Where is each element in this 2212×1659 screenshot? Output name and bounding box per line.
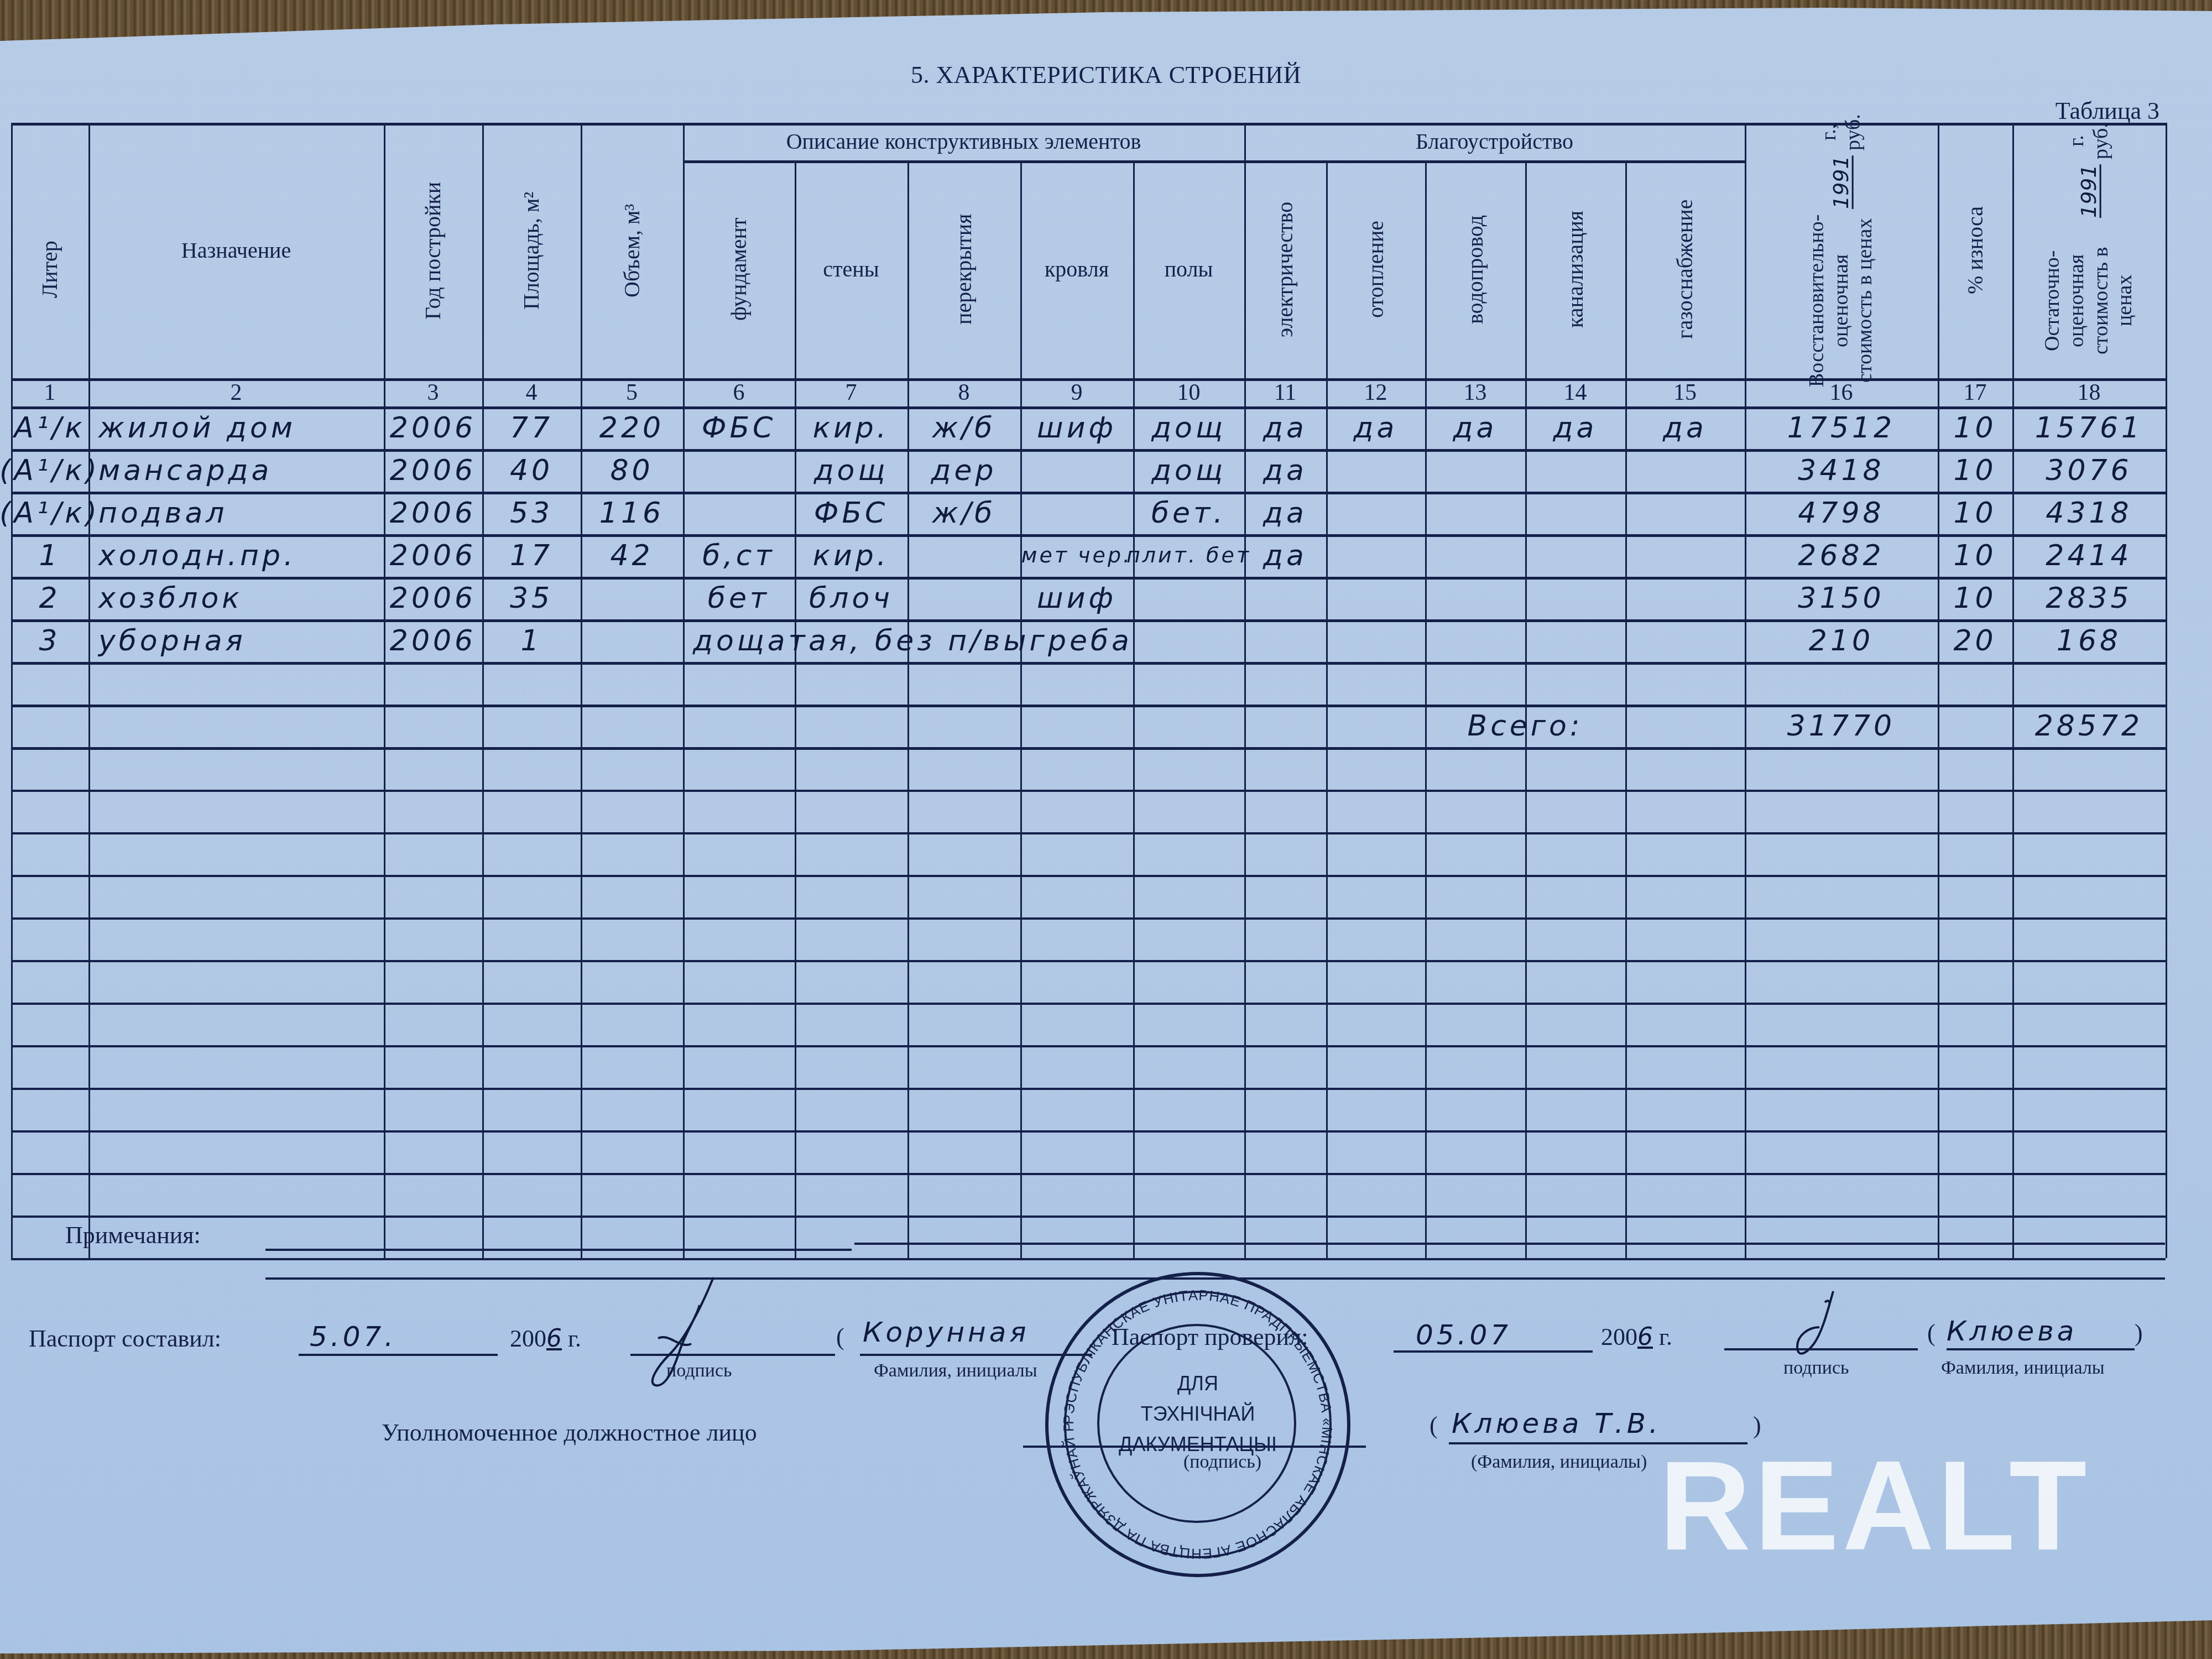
col-header-restoration-cost: Восстановительно-оценочная стоимость в ц… <box>1745 123 1938 378</box>
cell-area: 77 <box>482 406 581 449</box>
col-header-wear: % износа <box>1938 123 2012 378</box>
checked-name-line <box>1947 1348 2135 1350</box>
grid-hline <box>11 1215 2166 1218</box>
column-number: 17 <box>1938 378 2012 406</box>
cell-water <box>1425 449 1525 492</box>
cell-restoration-cost: 17512 <box>1745 406 1938 449</box>
cell-residual-cost: 4318 <box>2012 492 2166 534</box>
cell-floors-slab: дер <box>907 449 1020 492</box>
cell-sewage <box>1525 534 1625 577</box>
grid-hline <box>11 1003 2166 1005</box>
cell-area: 40 <box>482 449 581 492</box>
cell-volume <box>581 619 683 662</box>
compiled-label: Паспорт составил: <box>29 1324 221 1353</box>
checked-name-caption: Фамилия, инициалы <box>1941 1358 2105 1379</box>
cell-water: да <box>1425 406 1525 449</box>
cell-roof: шиф <box>1020 577 1133 619</box>
cell-liter: А¹/к <box>11 406 88 449</box>
cell-span-description: дощатая, без п/выгреба <box>683 619 1755 662</box>
cell-purpose: мансарда <box>88 449 394 492</box>
cell-purpose: уборная <box>88 619 394 662</box>
cell-walls: блоч <box>795 577 907 619</box>
cell-roof <box>1020 449 1133 492</box>
column-number: 18 <box>2012 378 2166 406</box>
cell-area: 1 <box>482 619 581 662</box>
col-header-walls: стены <box>795 160 907 378</box>
cell-volume: 42 <box>581 534 683 577</box>
cell-heating <box>1326 534 1425 577</box>
column-number: 6 <box>683 378 795 406</box>
column-number: 11 <box>1244 378 1326 406</box>
cell-volume: 80 <box>581 449 683 492</box>
col-header-electricity: электричество <box>1244 160 1326 378</box>
cell-heating: да <box>1326 406 1425 449</box>
col-header-volume: Объем, м³ <box>581 123 683 378</box>
compiled-signature-caption: подпись <box>666 1360 732 1381</box>
group-header-amenities: Благоустройство <box>1244 123 1745 160</box>
cell-year: 2006 <box>384 492 482 534</box>
cell-area: 17 <box>482 534 581 577</box>
cell-foundation: б,ст <box>683 534 795 577</box>
cell-purpose: подвал <box>88 492 394 534</box>
column-number: 4 <box>482 378 581 406</box>
checked-date: 05.07 <box>1416 1319 1511 1351</box>
col-header-water: водопровод <box>1425 160 1525 378</box>
cell-restoration-cost: 210 <box>1745 619 1938 662</box>
cell-floors-slab: ж/б <box>907 492 1020 534</box>
column-number: 2 <box>88 378 384 406</box>
cell-year: 2006 <box>384 577 482 619</box>
authorized-label: Уполномоченное должностное лицо <box>382 1418 757 1447</box>
col-header-sewage: канализация <box>1525 160 1625 378</box>
cell-liter: (А¹/к) <box>11 492 88 534</box>
cell-sewage: да <box>1525 406 1625 449</box>
cell-wear-pct: 10 <box>1938 449 2012 492</box>
document-title: 5. ХАРАКТЕРИСТИКА СТРОЕНИЙ <box>0 61 2212 89</box>
cell-electricity: да <box>1244 449 1326 492</box>
column-number: 12 <box>1326 378 1425 406</box>
cell-floor <box>1133 577 1244 619</box>
cell-floors-slab <box>907 534 1020 577</box>
col-header-slabs: перекрытия <box>907 160 1020 378</box>
cell-roof: мет чер. <box>1020 534 1133 577</box>
grid-hline <box>11 1130 2166 1133</box>
official-stamp: РЭСПУБЛІКАНСКАЕ УНІТАРНАЕ ПРАДПРЫЕМСТВА … <box>1045 1272 1350 1577</box>
column-number: 9 <box>1020 378 1133 406</box>
col-header-roof: кровля <box>1020 160 1133 378</box>
col-header-year: Год постройки <box>384 123 482 378</box>
grid-hline <box>11 917 2166 920</box>
cell-foundation: ФБС <box>683 406 795 449</box>
total-restoration-cost: 31770 <box>1745 705 1938 747</box>
column-number: 10 <box>1133 378 1244 406</box>
notes-line-1b[interactable] <box>854 1243 2165 1245</box>
stamp-line-2: ТЭХНІЧНАЙ <box>1048 1402 1347 1426</box>
cell-heating <box>1326 492 1425 534</box>
cell-electricity: да <box>1244 492 1326 534</box>
col-header-heating: отопление <box>1326 160 1425 378</box>
compiled-paren-open: ( <box>836 1323 844 1351</box>
cell-walls: кир. <box>795 534 907 577</box>
cell-wear-pct: 20 <box>1938 619 2012 662</box>
compiled-year: 2006 г. <box>510 1324 581 1353</box>
cell-gas <box>1625 492 1745 534</box>
cell-wear-pct: 10 <box>1938 534 2012 577</box>
col-header-foundation: фундамент <box>683 160 795 378</box>
cell-year: 2006 <box>384 406 482 449</box>
cell-floor: плит. бет <box>1133 534 1244 577</box>
cell-wear-pct: 10 <box>1938 492 2012 534</box>
grid-hline <box>11 832 2166 834</box>
cell-year: 2006 <box>384 534 482 577</box>
cell-restoration-cost: 2682 <box>1745 534 1938 577</box>
cell-walls: ФБС <box>795 492 907 534</box>
grid-hline <box>11 790 2166 792</box>
grid-vline <box>2166 123 2167 1258</box>
cell-floor: дощ <box>1133 449 1244 492</box>
col-header-floors: полы <box>1133 160 1244 378</box>
cell-restoration-cost: 4798 <box>1745 492 1938 534</box>
cell-electricity <box>1244 577 1326 619</box>
cell-electricity: да <box>1244 534 1326 577</box>
cell-liter: (А¹/к) <box>11 449 88 492</box>
group-header-construction: Описание конструктивных элементов <box>683 123 1244 160</box>
table-number-label: Таблица 3 <box>2056 97 2159 125</box>
cell-residual-cost: 3076 <box>2012 449 2166 492</box>
cell-heating <box>1326 577 1425 619</box>
cell-restoration-cost: 3150 <box>1745 577 1938 619</box>
stamp-line-1: ДЛЯ <box>1048 1372 1347 1395</box>
cell-foundation: бет <box>683 577 795 619</box>
cell-year: 2006 <box>384 449 482 492</box>
grid-hline <box>11 1258 2166 1260</box>
notes-line-1a <box>265 1249 852 1251</box>
cell-roof: шиф <box>1020 406 1133 449</box>
cell-area: 53 <box>482 492 581 534</box>
cell-gas <box>1625 577 1745 619</box>
cell-water <box>1425 492 1525 534</box>
cell-wear-pct: 10 <box>1938 406 2012 449</box>
cell-floors-slab <box>907 577 1020 619</box>
grid-hline <box>11 875 2166 877</box>
compiled-date-line <box>299 1354 498 1356</box>
cell-residual-cost: 2414 <box>2012 534 2166 577</box>
column-number: 5 <box>581 378 683 406</box>
cell-sewage <box>1525 577 1625 619</box>
cell-water <box>1425 534 1525 577</box>
column-number: 14 <box>1525 378 1625 406</box>
checked-name: Клюева <box>1947 1315 2077 1347</box>
cell-residual-cost: 2835 <box>2012 577 2166 619</box>
authorized-name: Клюева Т.В. <box>1452 1407 1661 1439</box>
realt-watermark: REALT <box>1659 1432 2090 1579</box>
cell-gas <box>1625 534 1745 577</box>
grid-hline <box>11 1088 2166 1090</box>
cell-liter: 3 <box>11 619 88 662</box>
grid-hline <box>11 747 2166 750</box>
cell-roof <box>1020 492 1133 534</box>
cell-walls: кир. <box>795 406 907 449</box>
cell-gas: да <box>1625 406 1745 449</box>
cell-floor: дощ <box>1133 406 1244 449</box>
column-number: 13 <box>1425 378 1525 406</box>
checked-paren-close: ) <box>2135 1319 2143 1347</box>
grid-hline <box>11 1173 2166 1175</box>
cell-gas <box>1625 449 1745 492</box>
cell-volume <box>581 577 683 619</box>
cell-wear-pct: 10 <box>1938 577 2012 619</box>
stamp-line-3: ДАКУМЕНТАЦЫІ <box>1048 1433 1347 1456</box>
col-header-area: Площадь, м² <box>482 123 581 378</box>
cell-liter: 2 <box>11 577 88 619</box>
checked-date-line <box>1394 1350 1593 1353</box>
column-number: 7 <box>795 378 907 406</box>
column-number: 1 <box>11 378 88 406</box>
grid-hline <box>11 1045 2166 1047</box>
column-number: 16 <box>1745 378 1938 406</box>
cell-floors-slab: ж/б <box>907 406 1020 449</box>
cell-area: 35 <box>482 577 581 619</box>
cell-walls: дощ <box>795 449 907 492</box>
cell-foundation <box>683 449 795 492</box>
col-header-gas: газоснабжение <box>1625 160 1745 378</box>
cell-floor: бет. <box>1133 492 1244 534</box>
total-residual-cost: 28572 <box>2012 705 2166 747</box>
cell-sewage <box>1525 492 1625 534</box>
column-number: 3 <box>384 378 482 406</box>
cell-water <box>1425 577 1525 619</box>
checked-signature-caption: подпись <box>1783 1358 1849 1379</box>
authorized-name-caption: (Фамилия, инициалы) <box>1471 1452 1647 1473</box>
column-number: 15 <box>1625 378 1745 406</box>
cell-heating <box>1326 449 1425 492</box>
cell-liter: 1 <box>11 534 88 577</box>
compiled-date: 5.07. <box>310 1321 397 1353</box>
grid-hline <box>11 662 2166 665</box>
cell-restoration-cost: 3418 <box>1745 449 1938 492</box>
compiled-name-caption: Фамилия, инициалы <box>874 1360 1037 1381</box>
cell-foundation <box>683 492 795 534</box>
col-header-purpose: Назначение <box>88 123 384 378</box>
col-header-liter: Литер <box>11 160 88 378</box>
cell-volume: 116 <box>581 492 683 534</box>
cell-purpose: холодн.пр. <box>88 534 394 577</box>
column-number: 8 <box>907 378 1020 406</box>
cell-purpose: жилой дом <box>88 406 394 449</box>
cell-residual-cost: 15761 <box>2012 406 2166 449</box>
checked-year: 2006 г. <box>1601 1323 1672 1351</box>
grid-hline <box>11 960 2166 962</box>
notes-label: Примечания: <box>65 1221 201 1249</box>
cell-electricity: да <box>1244 406 1326 449</box>
col-header-residual-cost: Остаточно-оценочная стоимость в ценах 19… <box>2012 123 2166 378</box>
cell-purpose: хозблок <box>88 577 394 619</box>
cell-residual-cost: 168 <box>2012 619 2166 662</box>
cell-volume: 220 <box>581 406 683 449</box>
checked-paren-open: ( <box>1927 1319 1936 1347</box>
authorized-paren-open: ( <box>1430 1411 1438 1439</box>
total-label: Всего: <box>1425 705 1625 747</box>
cell-year: 2006 <box>384 619 482 662</box>
cell-sewage <box>1525 449 1625 492</box>
compiled-name: Корунная <box>863 1316 1030 1348</box>
